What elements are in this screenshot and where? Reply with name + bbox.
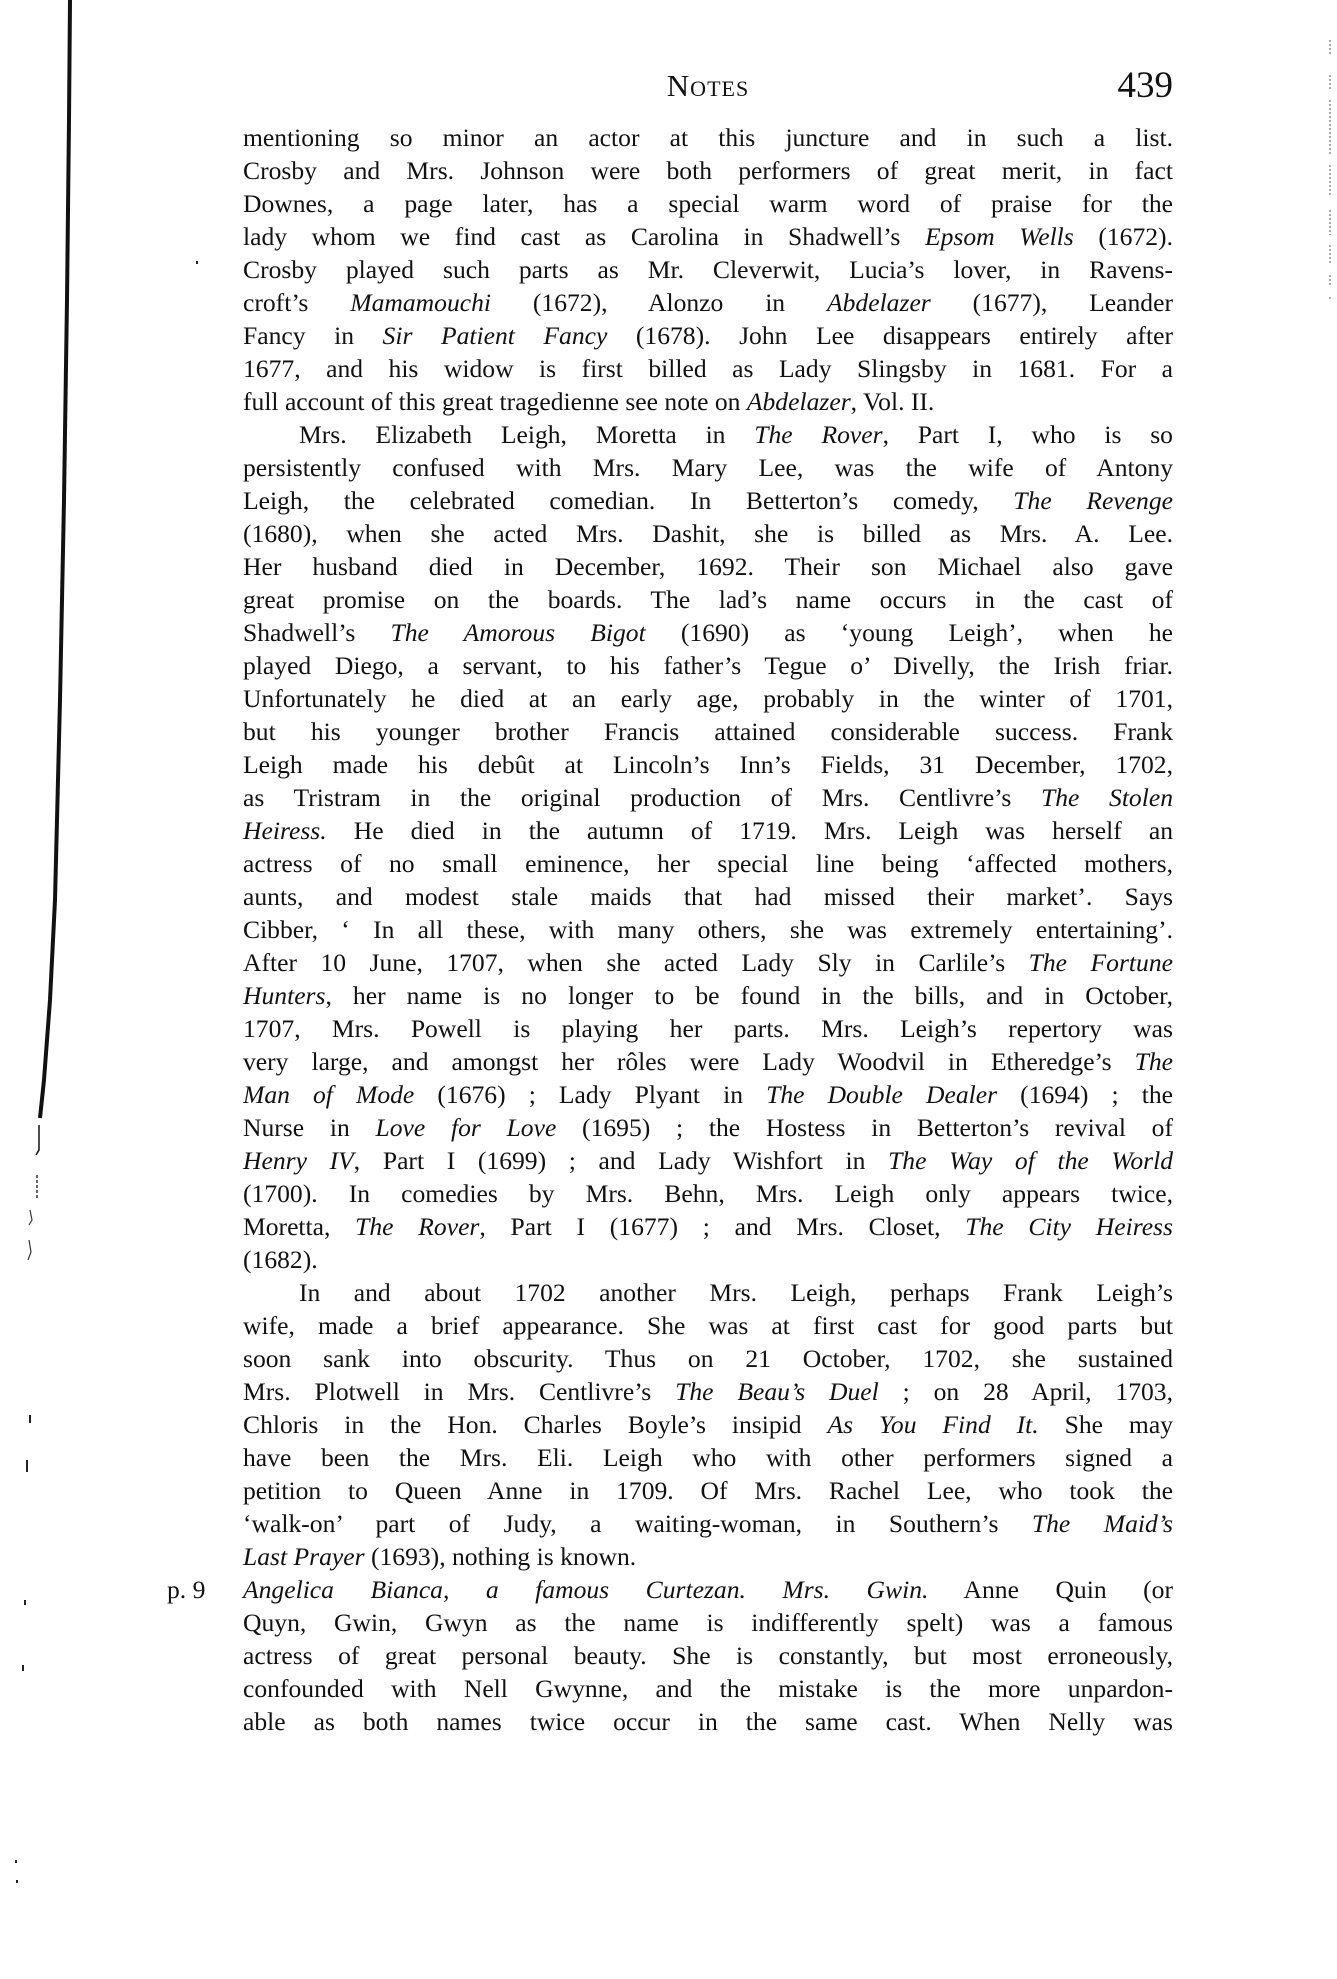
text-line: but his younger brother Francis attained… bbox=[243, 715, 1173, 748]
text-line: Man of Mode (1676) ; Lady Plyant in The … bbox=[243, 1078, 1173, 1111]
page-edge-rule bbox=[0, 0, 120, 1300]
text-segment: (1677), Leander bbox=[931, 288, 1173, 317]
text-segment: ‘walk-on’ part of Judy, a waiting-woman,… bbox=[243, 1509, 1032, 1538]
text-line: able as both names twice occur in the sa… bbox=[243, 1705, 1173, 1738]
italic-title: The Beau’s Duel bbox=[675, 1377, 879, 1406]
text-segment: Crosby played such parts as Mr. Cleverwi… bbox=[243, 255, 1173, 284]
text-segment: She may bbox=[1039, 1410, 1173, 1439]
text-segment: actress of no small eminence, her specia… bbox=[243, 849, 1173, 878]
italic-title: The Stolen bbox=[1041, 783, 1173, 812]
text-line: Shadwell’s The Amorous Bigot (1690) as ‘… bbox=[243, 616, 1173, 649]
text-line: Hunters, her name is no longer to be fou… bbox=[243, 979, 1173, 1012]
italic-title: Epsom Wells bbox=[925, 222, 1074, 251]
text-line: Crosby played such parts as Mr. Cleverwi… bbox=[243, 253, 1173, 286]
text-line: Downes, a page later, has a special warm… bbox=[243, 187, 1173, 220]
text-line: confounded with Nell Gwynne, and the mis… bbox=[243, 1672, 1173, 1705]
text-segment: Shadwell’s bbox=[243, 618, 391, 647]
text-segment: Mrs. Plotwell in Mrs. Centlivre’s bbox=[243, 1377, 675, 1406]
margin-speck bbox=[15, 1860, 17, 1863]
text-line: lady whom we find cast as Carolina in Sh… bbox=[243, 220, 1173, 253]
text-segment: aunts, and modest stale maids that had m… bbox=[243, 882, 1173, 911]
text-line: Heiress. He died in the autumn of 1719. … bbox=[243, 814, 1173, 847]
italic-title: Sir Patient Fancy bbox=[383, 321, 608, 350]
italic-title: The Revenge bbox=[1013, 486, 1173, 515]
italic-title: Henry IV bbox=[243, 1146, 354, 1175]
italic-title: Abdelazer bbox=[747, 387, 851, 416]
text-segment: Nurse in bbox=[243, 1113, 376, 1142]
text-line: played Diego, a servant, to his father’s… bbox=[243, 649, 1173, 682]
italic-title: Hunters bbox=[243, 981, 325, 1010]
text-segment: (1693), nothing is known. bbox=[365, 1542, 637, 1571]
text-segment: croft’s bbox=[243, 288, 350, 317]
italic-title: The Amorous Bigot bbox=[391, 618, 646, 647]
text-segment: 1677, and his widow is first billed as L… bbox=[243, 354, 1173, 383]
text-segment: (1680), when she acted Mrs. Dashit, she … bbox=[243, 519, 1173, 548]
text-segment: (1682). bbox=[243, 1245, 318, 1274]
text-segment: Mrs. Elizabeth Leigh, Moretta in bbox=[299, 420, 754, 449]
text-segment: Chloris in the Hon. Charles Boyle’s insi… bbox=[243, 1410, 828, 1439]
text-line: ‘walk-on’ part of Judy, a waiting-woman,… bbox=[243, 1507, 1173, 1540]
text-line: croft’s Mamamouchi (1672), Alonzo in Abd… bbox=[243, 286, 1173, 319]
text-line: 1677, and his widow is first billed as L… bbox=[243, 352, 1173, 385]
text-segment: persistently confused with Mrs. Mary Lee… bbox=[243, 453, 1173, 482]
text-segment: (1672). bbox=[1074, 222, 1173, 251]
text-line: full account of this great tragedienne s… bbox=[243, 385, 1173, 418]
text-segment: Leigh made his debût at Lincoln’s Inn’s … bbox=[243, 750, 1173, 779]
text-line: aunts, and modest stale maids that had m… bbox=[243, 880, 1173, 913]
text-line: After 10 June, 1707, when she acted Lady… bbox=[243, 946, 1173, 979]
margin-speck bbox=[22, 1665, 24, 1671]
text-line: Last Prayer (1693), nothing is known. bbox=[243, 1540, 1173, 1573]
text-segment: Anne Quin (or bbox=[928, 1575, 1173, 1604]
margin-speck bbox=[24, 1600, 26, 1605]
text-segment: He died in the autumn of 1719. Mrs. Leig… bbox=[327, 816, 1173, 845]
text-segment: (1676) ; Lady Plyant in bbox=[414, 1080, 766, 1109]
text-line: Crosby and Mrs. Johnson were both perfor… bbox=[243, 154, 1173, 187]
italic-title: The Double Dealer bbox=[766, 1080, 997, 1109]
text-line: Henry IV, Part I (1699) ; and Lady Wishf… bbox=[243, 1144, 1173, 1177]
text-line: Her husband died in December, 1692. Thei… bbox=[243, 550, 1173, 583]
text-line: Chloris in the Hon. Charles Boyle’s insi… bbox=[243, 1408, 1173, 1441]
margin-speck bbox=[16, 1880, 18, 1883]
text-segment: Crosby and Mrs. Johnson were both perfor… bbox=[243, 156, 1173, 185]
text-segment: petition to Queen Anne in 1709. Of Mrs. … bbox=[243, 1476, 1173, 1505]
text-line: (1700). In comedies by Mrs. Behn, Mrs. L… bbox=[243, 1177, 1173, 1210]
italic-title: The Rover bbox=[754, 420, 882, 449]
text-segment: played Diego, a servant, to his father’s… bbox=[243, 651, 1173, 680]
text-segment: Her husband died in December, 1692. Thei… bbox=[243, 552, 1173, 581]
text-segment: full account of this great tragedienne s… bbox=[243, 387, 747, 416]
text-segment: (1695) ; the Hostess in Betterton’s revi… bbox=[556, 1113, 1173, 1142]
text-segment: 1707, Mrs. Powell is playing her parts. … bbox=[243, 1014, 1173, 1043]
text-line: In and about 1702 another Mrs. Leigh, pe… bbox=[243, 1276, 1173, 1309]
text-segment: (1700). In comedies by Mrs. Behn, Mrs. L… bbox=[243, 1179, 1173, 1208]
text-segment: After 10 June, 1707, when she acted Lady… bbox=[243, 948, 1029, 977]
margin-speck bbox=[29, 1415, 31, 1423]
text-line: Mrs. Plotwell in Mrs. Centlivre’s The Be… bbox=[243, 1375, 1173, 1408]
italic-title: Angelica Bianca, a famous Curtezan. Mrs.… bbox=[243, 1575, 928, 1604]
italic-title: Heiress. bbox=[243, 816, 327, 845]
text-line: p. 9Angelica Bianca, a famous Curtezan. … bbox=[243, 1573, 1173, 1606]
text-segment: , Part I, who is so bbox=[883, 420, 1173, 449]
text-line: Mrs. Elizabeth Leigh, Moretta in The Rov… bbox=[243, 418, 1173, 451]
text-line: Leigh made his debût at Lincoln’s Inn’s … bbox=[243, 748, 1173, 781]
text-line: Leigh, the celebrated comedian. In Bette… bbox=[243, 484, 1173, 517]
text-line: Moretta, The Rover, Part I (1677) ; and … bbox=[243, 1210, 1173, 1243]
text-segment: Moretta, bbox=[243, 1212, 355, 1241]
text-line: (1682). bbox=[243, 1243, 1173, 1276]
text-segment: , Part I (1677) ; and Mrs. Closet, bbox=[479, 1212, 965, 1241]
text-segment: ; on 28 April, 1703, bbox=[879, 1377, 1173, 1406]
margin-speck bbox=[196, 261, 198, 264]
notes-body: mentioning so minor an actor at this jun… bbox=[243, 121, 1173, 1738]
italic-title: The Fortune bbox=[1029, 948, 1173, 977]
text-segment: confounded with Nell Gwynne, and the mis… bbox=[243, 1674, 1173, 1703]
text-segment: mentioning so minor an actor at this jun… bbox=[243, 123, 1173, 152]
text-segment: (1690) as ‘young Leigh’, when he bbox=[646, 618, 1173, 647]
text-segment: Fancy in bbox=[243, 321, 383, 350]
text-line: Fancy in Sir Patient Fancy (1678). John … bbox=[243, 319, 1173, 352]
text-segment: In and about 1702 another Mrs. Leigh, pe… bbox=[299, 1278, 1173, 1307]
text-segment: but his younger brother Francis attained… bbox=[243, 717, 1173, 746]
text-segment: , her name is no longer to be found in t… bbox=[325, 981, 1173, 1010]
text-segment: (1672), Alonzo in bbox=[491, 288, 827, 317]
italic-title: The City Heiress bbox=[965, 1212, 1173, 1241]
text-segment: as Tristram in the original production o… bbox=[243, 783, 1041, 812]
page-header: Notes 439 bbox=[243, 62, 1173, 112]
text-line: Nurse in Love for Love (1695) ; the Host… bbox=[243, 1111, 1173, 1144]
text-segment: Unfortunately he died at an early age, p… bbox=[243, 684, 1173, 713]
text-segment: Quyn, Gwin, Gwyn as the name is indiffer… bbox=[243, 1608, 1173, 1637]
text-segment: Downes, a page later, has a special warm… bbox=[243, 189, 1173, 218]
page-number: 439 bbox=[1118, 64, 1174, 107]
italic-title: The Maid’s bbox=[1032, 1509, 1173, 1538]
italic-title: Love for Love bbox=[376, 1113, 557, 1142]
text-line: have been the Mrs. Eli. Leigh who with o… bbox=[243, 1441, 1173, 1474]
text-segment: great promise on the boards. The lad’s n… bbox=[243, 585, 1173, 614]
text-segment: wife, made a brief appearance. She was a… bbox=[243, 1311, 1173, 1340]
italic-title: The bbox=[1135, 1047, 1173, 1076]
text-segment: , Part I (1699) ; and Lady Wishfort in bbox=[354, 1146, 888, 1175]
text-segment: (1694) ; the bbox=[997, 1080, 1173, 1109]
margin-page-reference: p. 9 bbox=[167, 1573, 205, 1606]
italic-title: Last Prayer bbox=[243, 1542, 365, 1571]
text-line: Quyn, Gwin, Gwyn as the name is indiffer… bbox=[243, 1606, 1173, 1639]
italic-title: Abdelazer bbox=[827, 288, 931, 317]
italic-title: As You Find It. bbox=[828, 1410, 1039, 1439]
text-segment: have been the Mrs. Eli. Leigh who with o… bbox=[243, 1443, 1173, 1472]
text-line: very large, and amongst her rôles were L… bbox=[243, 1045, 1173, 1078]
italic-title: The Way of the World bbox=[888, 1146, 1173, 1175]
text-segment: able as both names twice occur in the sa… bbox=[243, 1707, 1173, 1736]
text-line: actress of great personal beauty. She is… bbox=[243, 1639, 1173, 1672]
text-line: Unfortunately he died at an early age, p… bbox=[243, 682, 1173, 715]
text-segment: soon sank into obscurity. Thus on 21 Oct… bbox=[243, 1344, 1173, 1373]
text-segment: Leigh, the celebrated comedian. In Bette… bbox=[243, 486, 1013, 515]
text-line: soon sank into obscurity. Thus on 21 Oct… bbox=[243, 1342, 1173, 1375]
page-edge-marks bbox=[1326, 35, 1334, 305]
text-line: (1680), when she acted Mrs. Dashit, she … bbox=[243, 517, 1173, 550]
text-segment: very large, and amongst her rôles were L… bbox=[243, 1047, 1135, 1076]
text-line: wife, made a brief appearance. She was a… bbox=[243, 1309, 1173, 1342]
text-line: as Tristram in the original production o… bbox=[243, 781, 1173, 814]
text-line: persistently confused with Mrs. Mary Lee… bbox=[243, 451, 1173, 484]
text-line: mentioning so minor an actor at this jun… bbox=[243, 121, 1173, 154]
margin-speck bbox=[26, 1460, 28, 1472]
text-line: great promise on the boards. The lad’s n… bbox=[243, 583, 1173, 616]
text-line: 1707, Mrs. Powell is playing her parts. … bbox=[243, 1012, 1173, 1045]
italic-title: Mamamouchi bbox=[350, 288, 491, 317]
italic-title: Man of Mode bbox=[243, 1080, 414, 1109]
text-segment: actress of great personal beauty. She is… bbox=[243, 1641, 1173, 1670]
text-line: Cibber, ‘ In all these, with many others… bbox=[243, 913, 1173, 946]
text-line: actress of no small eminence, her specia… bbox=[243, 847, 1173, 880]
text-segment: (1678). John Lee disappears entirely aft… bbox=[607, 321, 1173, 350]
text-segment: , Vol. II. bbox=[851, 387, 935, 416]
text-segment: Cibber, ‘ In all these, with many others… bbox=[243, 915, 1173, 944]
italic-title: The Rover bbox=[355, 1212, 479, 1241]
text-line: petition to Queen Anne in 1709. Of Mrs. … bbox=[243, 1474, 1173, 1507]
running-head: Notes bbox=[243, 68, 1173, 104]
text-segment: lady whom we find cast as Carolina in Sh… bbox=[243, 222, 925, 251]
